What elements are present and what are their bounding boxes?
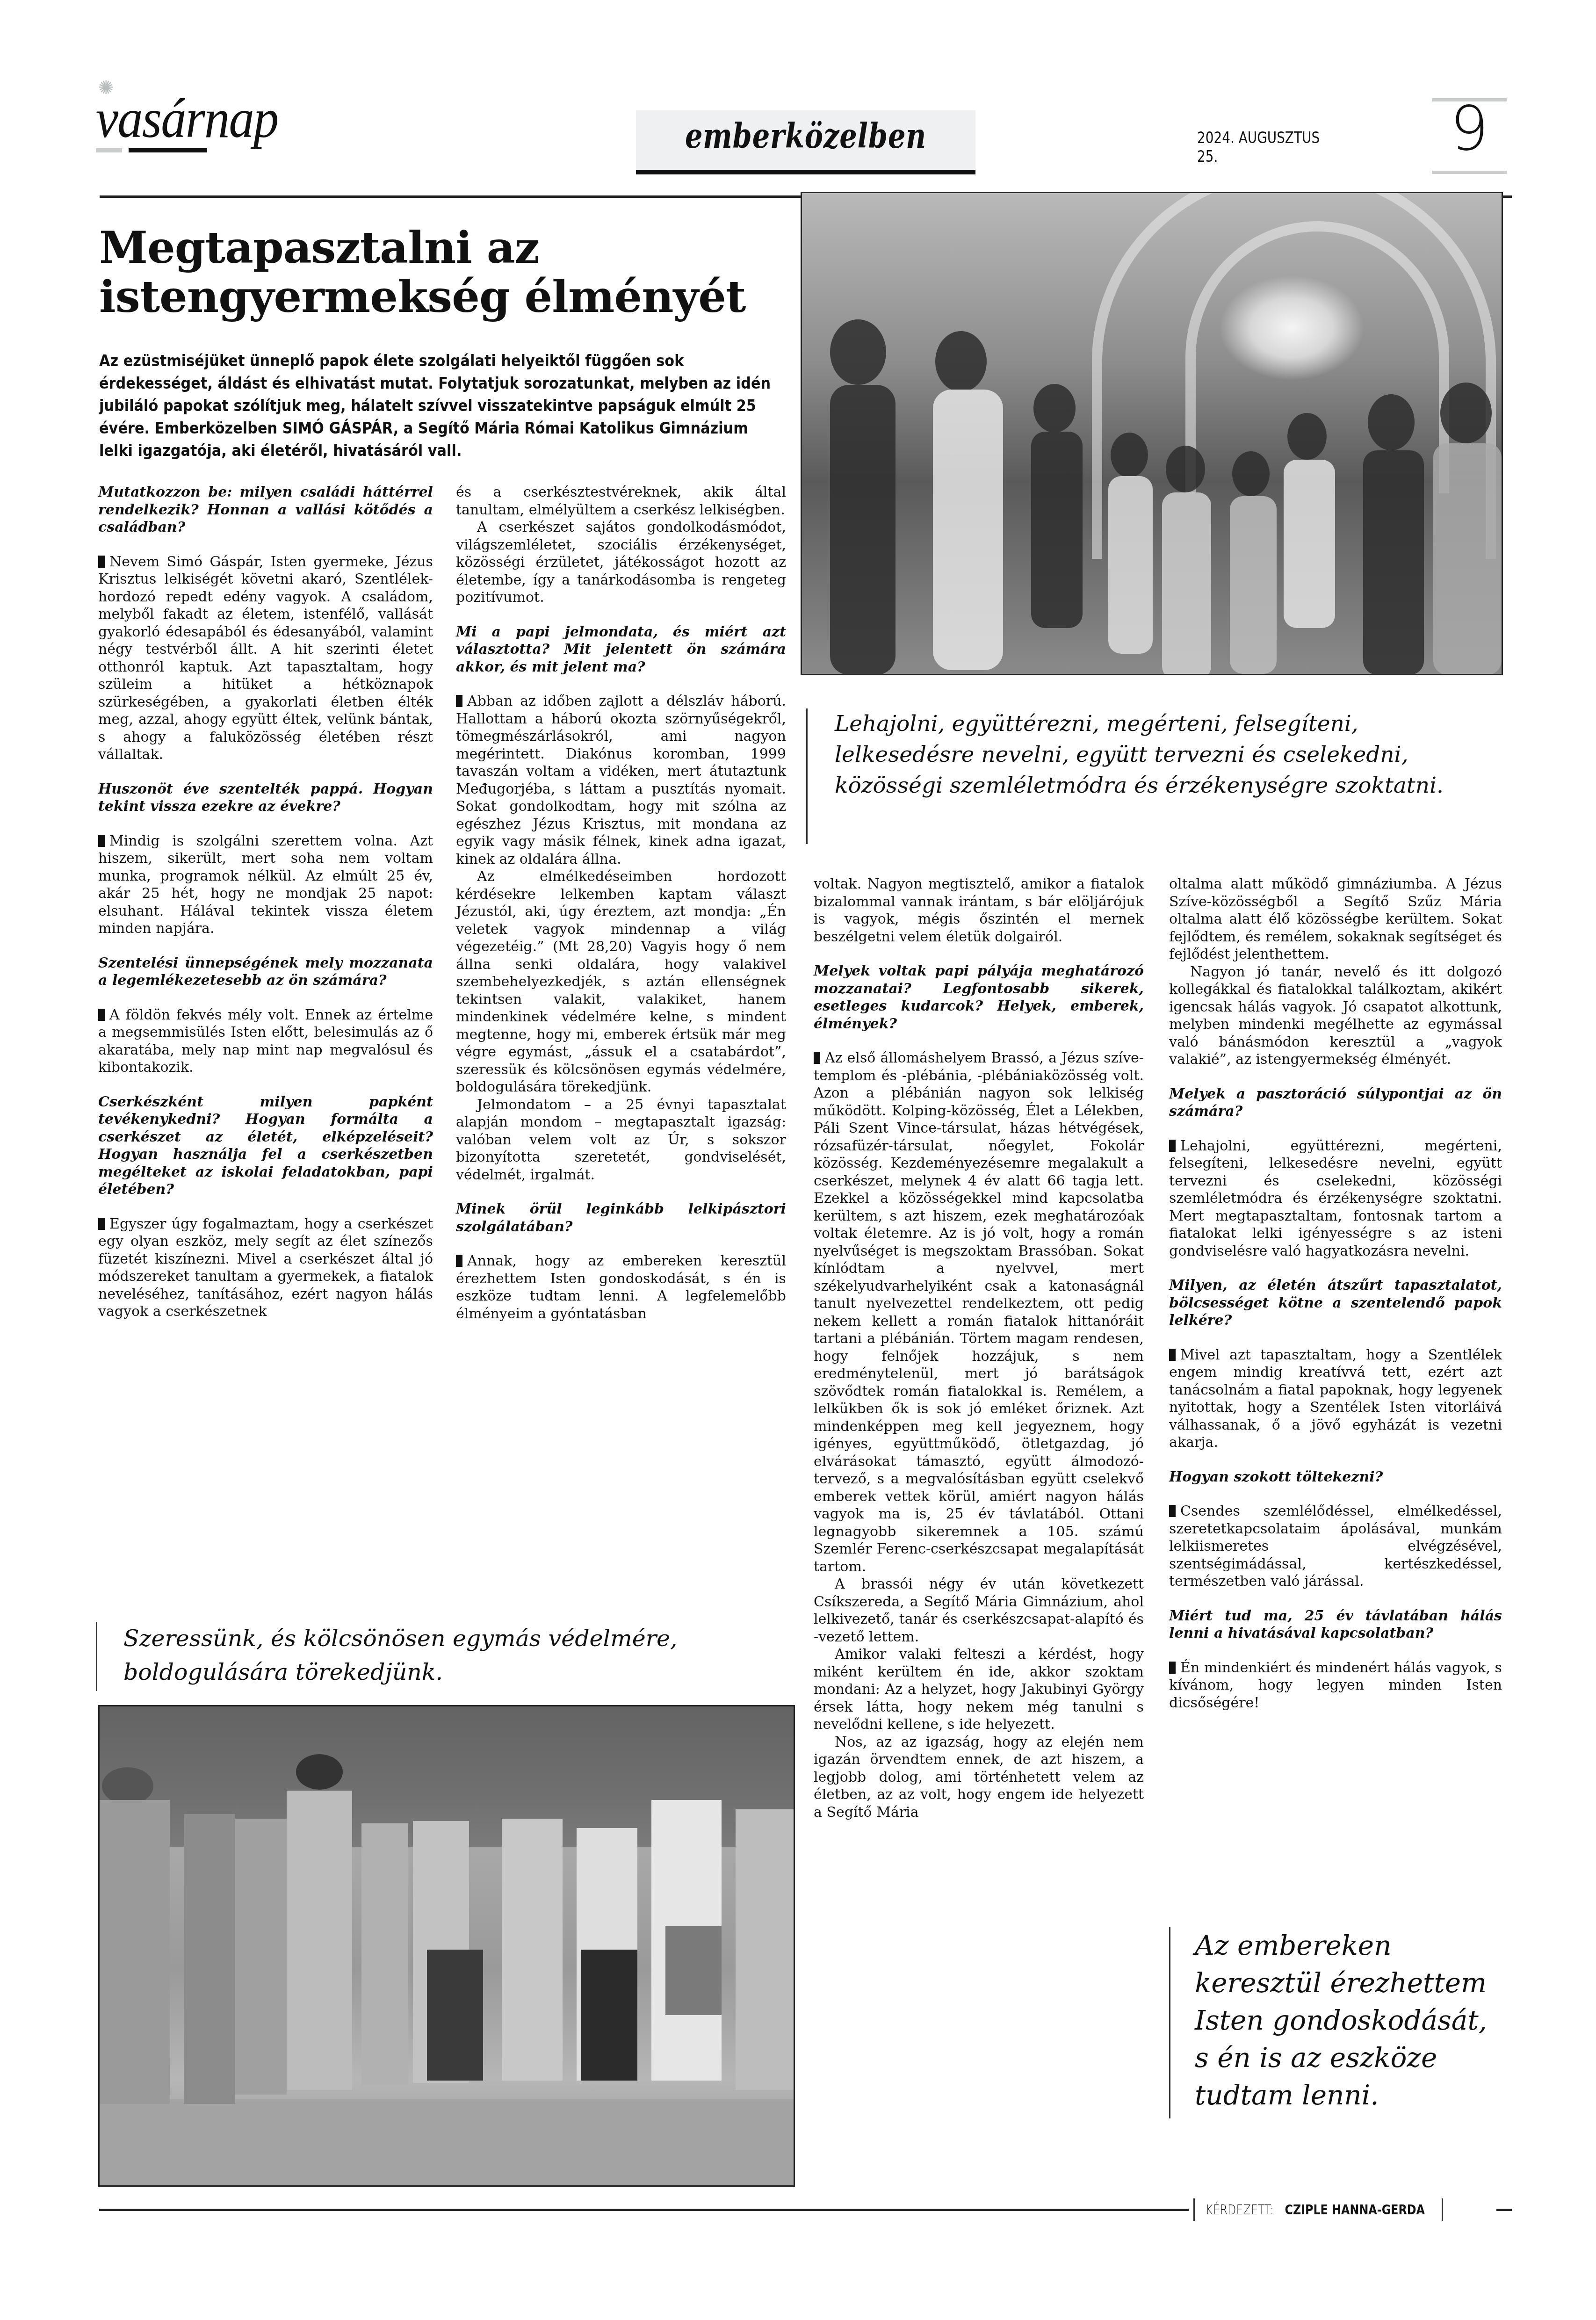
article-column-3: voltak. Nagyon megtisztelő, amikor a fia… (814, 875, 1144, 1821)
credit-bar-right (1442, 2198, 1443, 2221)
interview-answer: Mindig is szolgálni szerettem volna. Azt… (98, 832, 433, 938)
answer-continuation: voltak. Nagyon megtisztelő, amikor a fia… (814, 875, 1144, 946)
credit-name: CZIPLE HANNA-GERDA (1285, 2202, 1425, 2218)
interview-answer: Csendes szemlélődéssel, elmélkedéssel, s… (1169, 1503, 1502, 1590)
footer-rule-end (1496, 2209, 1512, 2211)
answer-paragraph: Nos, az az igazság, hogy az elején nem i… (814, 1734, 1144, 1821)
pull-quote-2: Szeressünk, és kölcsönösen egymás védelm… (96, 1622, 774, 1691)
photo-scouts-meadow (98, 1705, 795, 2187)
answer-paragraph: Nagyon jó tanár, nevelő és itt dolgozó k… (1169, 963, 1502, 1069)
interview-question: Huszonöt éve szentelték pappá. Hogyan te… (98, 781, 433, 816)
interview-answer: A földön fekvés mély volt. Ennek az érte… (98, 1006, 433, 1077)
article-column-1: Mutatkozzon be: milyen családi háttérrel… (98, 484, 433, 1321)
photo-group-tunnel (801, 192, 1503, 675)
interview-answer: Lehajolni, együttérezni, megérteni, fels… (1169, 1137, 1502, 1260)
answer-paragraph: A brassói négy év után következett Csíks… (814, 1576, 1144, 1646)
answer-paragraph: A cserkészet sajátos gondolkodásmódot, v… (456, 519, 786, 607)
article-headline: Megtapasztalni az istengyermekség élmény… (99, 224, 801, 322)
interview-question: Miért tud ma, 25 év távlatában hálás len… (1169, 1607, 1502, 1642)
section-title: emberközelben (666, 116, 945, 156)
headline-line-1: Megtapasztalni az (99, 224, 801, 273)
credit-label: KÉRDEZETT: (1206, 2202, 1274, 2218)
answer-paragraph: Amikor valaki felteszi a kérdést, hogy m… (814, 1646, 1144, 1734)
logo-text: vasárnap (96, 91, 278, 146)
interview-answer: Nevem Simó Gáspár, Isten gyermeke, Jézus… (98, 553, 433, 764)
interview-question: Melyek a pasztoráció súlypontjai az ön s… (1169, 1085, 1502, 1120)
publication-logo: ✺ vasárnap (96, 91, 264, 150)
page-number-bar-bottom (1432, 171, 1507, 174)
section-underline (636, 170, 975, 174)
interview-question: Milyen, az életén átszűrt tapasztalatot,… (1169, 1277, 1502, 1330)
interview-question: Minek örül leginkább lelkipásztori szolg… (456, 1200, 786, 1236)
footer-rule (99, 2209, 1189, 2211)
interview-answer: Mivel azt tapasztaltam, hogy a Szentléle… (1169, 1346, 1502, 1452)
article-column-4: oltalma alatt működő gimnáziumba. A Jézu… (1169, 875, 1502, 1712)
headline-line-2: istengyermekség élményét (99, 273, 801, 322)
pull-quote-3: Az embereken keresztül érezhettem Isten … (1169, 1927, 1503, 2118)
interview-answer: Abban az időben zajlott a délszláv hábor… (456, 693, 786, 868)
interview-question: Mutatkozzon be: milyen családi háttérrel… (98, 484, 433, 536)
scouts-silhouettes (100, 1706, 794, 2185)
logo-tick (96, 148, 122, 152)
interview-question: Hogyan szokott töltekezni? (1169, 1468, 1502, 1486)
interview-answer: Én mindenkiért és mindenért hálás vagyok… (1169, 1659, 1502, 1712)
interview-question: Mi a papi jelmondata, és miért azt válas… (456, 623, 786, 676)
answer-continuation: oltalma alatt működő gimnáziumba. A Jézu… (1169, 875, 1502, 963)
logo-underline (129, 148, 207, 152)
interview-answer: Annak, hogy az embereken keresztül érezh… (456, 1252, 786, 1323)
article-column-2: és a cserkésztestvéreknek, akik által ta… (456, 484, 786, 1323)
article-lead: Az ezüstmiséjüket ünneplő papok élete sz… (99, 350, 774, 462)
issue-date: 2024. AUGUSZTUS 25. (1197, 129, 1324, 166)
people-silhouettes (802, 193, 1502, 674)
pull-quote-1: Lehajolni, együttérezni, megérteni, fels… (806, 708, 1484, 844)
page-number: 9 (1432, 98, 1507, 159)
interview-answer: Egyszer úgy fogalmaztam, hogy a cserkész… (98, 1215, 433, 1321)
credit-bar-left (1193, 2198, 1195, 2221)
interview-question: Melyek voltak papi pályája meghatározó m… (814, 962, 1144, 1033)
answer-continuation: és a cserkésztestvéreknek, akik által ta… (456, 484, 786, 519)
answer-paragraph: Az elmélkedéseimben hordozott kérdésekre… (456, 868, 786, 1096)
section-label: emberközelben (636, 110, 975, 170)
interviewer-credit: KÉRDEZETT: CZIPLE HANNA-GERDA (1189, 2198, 1448, 2221)
answer-paragraph: Jelmondatom – a 25 évnyi tapasztalat ala… (456, 1096, 786, 1184)
interview-question: Cserkészként milyen papként tevékenykedn… (98, 1093, 433, 1199)
interview-answer: Az első állomáshelyem Brassó, a Jézus sz… (814, 1049, 1144, 1576)
interview-question: Szentelési ünnepségének mely mozzanata a… (98, 954, 433, 990)
